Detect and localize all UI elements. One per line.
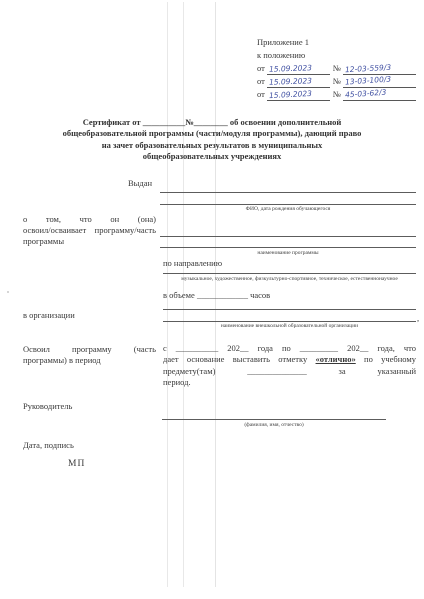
- appendix-header: Приложение 1 к положению от 15.09.2023 №…: [257, 36, 416, 101]
- number-sign-label: №: [330, 88, 343, 101]
- header-entry-row: от 15.09.2023 № 12-03-559/3: [257, 62, 416, 75]
- program-caption: наименование программы: [160, 250, 416, 256]
- completion-text: с __________ 202__ года по _________ 202…: [163, 343, 416, 389]
- head-label: Руководитель: [23, 401, 72, 411]
- title-line: общеобразовательной программы (части/мод…: [30, 128, 394, 139]
- completion-line-post: по учебному: [356, 354, 416, 364]
- fill-line-direction: [163, 273, 416, 274]
- completion-line: дает основание выставить отметку «отличн…: [163, 354, 416, 365]
- date-blank-line: 15.09.2023: [267, 76, 330, 88]
- completion-left-line: Освоил программу (часть: [23, 344, 156, 355]
- org-caption: наименование внешкольной образовательной…: [163, 323, 416, 329]
- fill-line-org-2: [163, 321, 416, 322]
- appendix-label: Приложение 1: [257, 36, 416, 49]
- handwritten-number: 45-03-62/3: [345, 86, 387, 102]
- completion-line-pre: дает основание выставить отметку: [163, 354, 316, 364]
- fio-caption: ФИО, дата рождения обучающегося: [160, 206, 416, 212]
- about-line: освоил/осваивает программу/часть: [23, 225, 156, 236]
- from-label: от: [257, 88, 267, 101]
- number-sign-label: №: [330, 62, 343, 75]
- scan-speck: [7, 291, 9, 293]
- from-label: от: [257, 75, 267, 88]
- date-blank-line: 15.09.2023: [267, 63, 330, 75]
- title-line: общеобразовательных учреждениях: [30, 151, 394, 162]
- about-paragraph: о том, что он (она) освоил/осваивает про…: [23, 214, 156, 246]
- title-line: Сертификат от __________№________ об осв…: [30, 117, 394, 128]
- org-comma: ,: [417, 313, 419, 323]
- fill-line-program-1: [160, 236, 416, 237]
- head-caption: (фамилия, имя, отчество): [162, 422, 386, 428]
- completion-line: с __________ 202__ года по _________ 202…: [163, 343, 416, 354]
- completion-left-line: программы) в период: [23, 355, 156, 366]
- about-line: программы: [23, 236, 156, 247]
- volume-text: в объеме ____________ часов: [163, 290, 270, 300]
- header-entry-row: от 15.09.2023 № 13-03-100/3: [257, 75, 416, 88]
- completion-left-paragraph: Освоил программу (часть программы) в пер…: [23, 344, 156, 366]
- grade-mark: «отлично»: [316, 354, 356, 364]
- number-blank-line: 45-03-62/3: [343, 89, 416, 101]
- fill-line-program-2: [160, 247, 416, 248]
- to-regulation-label: к положению: [257, 49, 416, 62]
- certificate-title: Сертификат от __________№________ об осв…: [30, 117, 394, 163]
- fill-line-head-name: [162, 419, 386, 420]
- fill-line-fio-2: [160, 204, 416, 205]
- completion-line: период.: [163, 377, 416, 388]
- date-signature-label: Дата, подпись: [23, 440, 74, 450]
- scanned-certificate-page: Приложение 1 к положению от 15.09.2023 №…: [0, 0, 424, 599]
- completion-line: предмету(там) ______________ за указанны…: [163, 366, 416, 377]
- direction-label: по направлению: [163, 258, 222, 268]
- fill-line-org-1: [163, 309, 416, 310]
- about-line: о том, что он (она): [23, 214, 156, 225]
- date-blank-line: 15.09.2023: [267, 89, 330, 101]
- header-entry-row: от 15.09.2023 № 45-03-62/3: [257, 88, 416, 101]
- organization-label: в организации: [23, 310, 75, 320]
- number-sign-label: №: [330, 75, 343, 88]
- from-label: от: [257, 62, 267, 75]
- fill-line-fio-1: [160, 192, 416, 193]
- stamp-label: МП: [68, 459, 85, 469]
- title-line: на зачет образовательных результатов в м…: [30, 140, 394, 151]
- handwritten-date: 15.09.2023: [269, 87, 313, 102]
- direction-caption: музыкальное, художественное, физкультурн…: [163, 276, 416, 282]
- issued-label: Выдан: [128, 178, 152, 188]
